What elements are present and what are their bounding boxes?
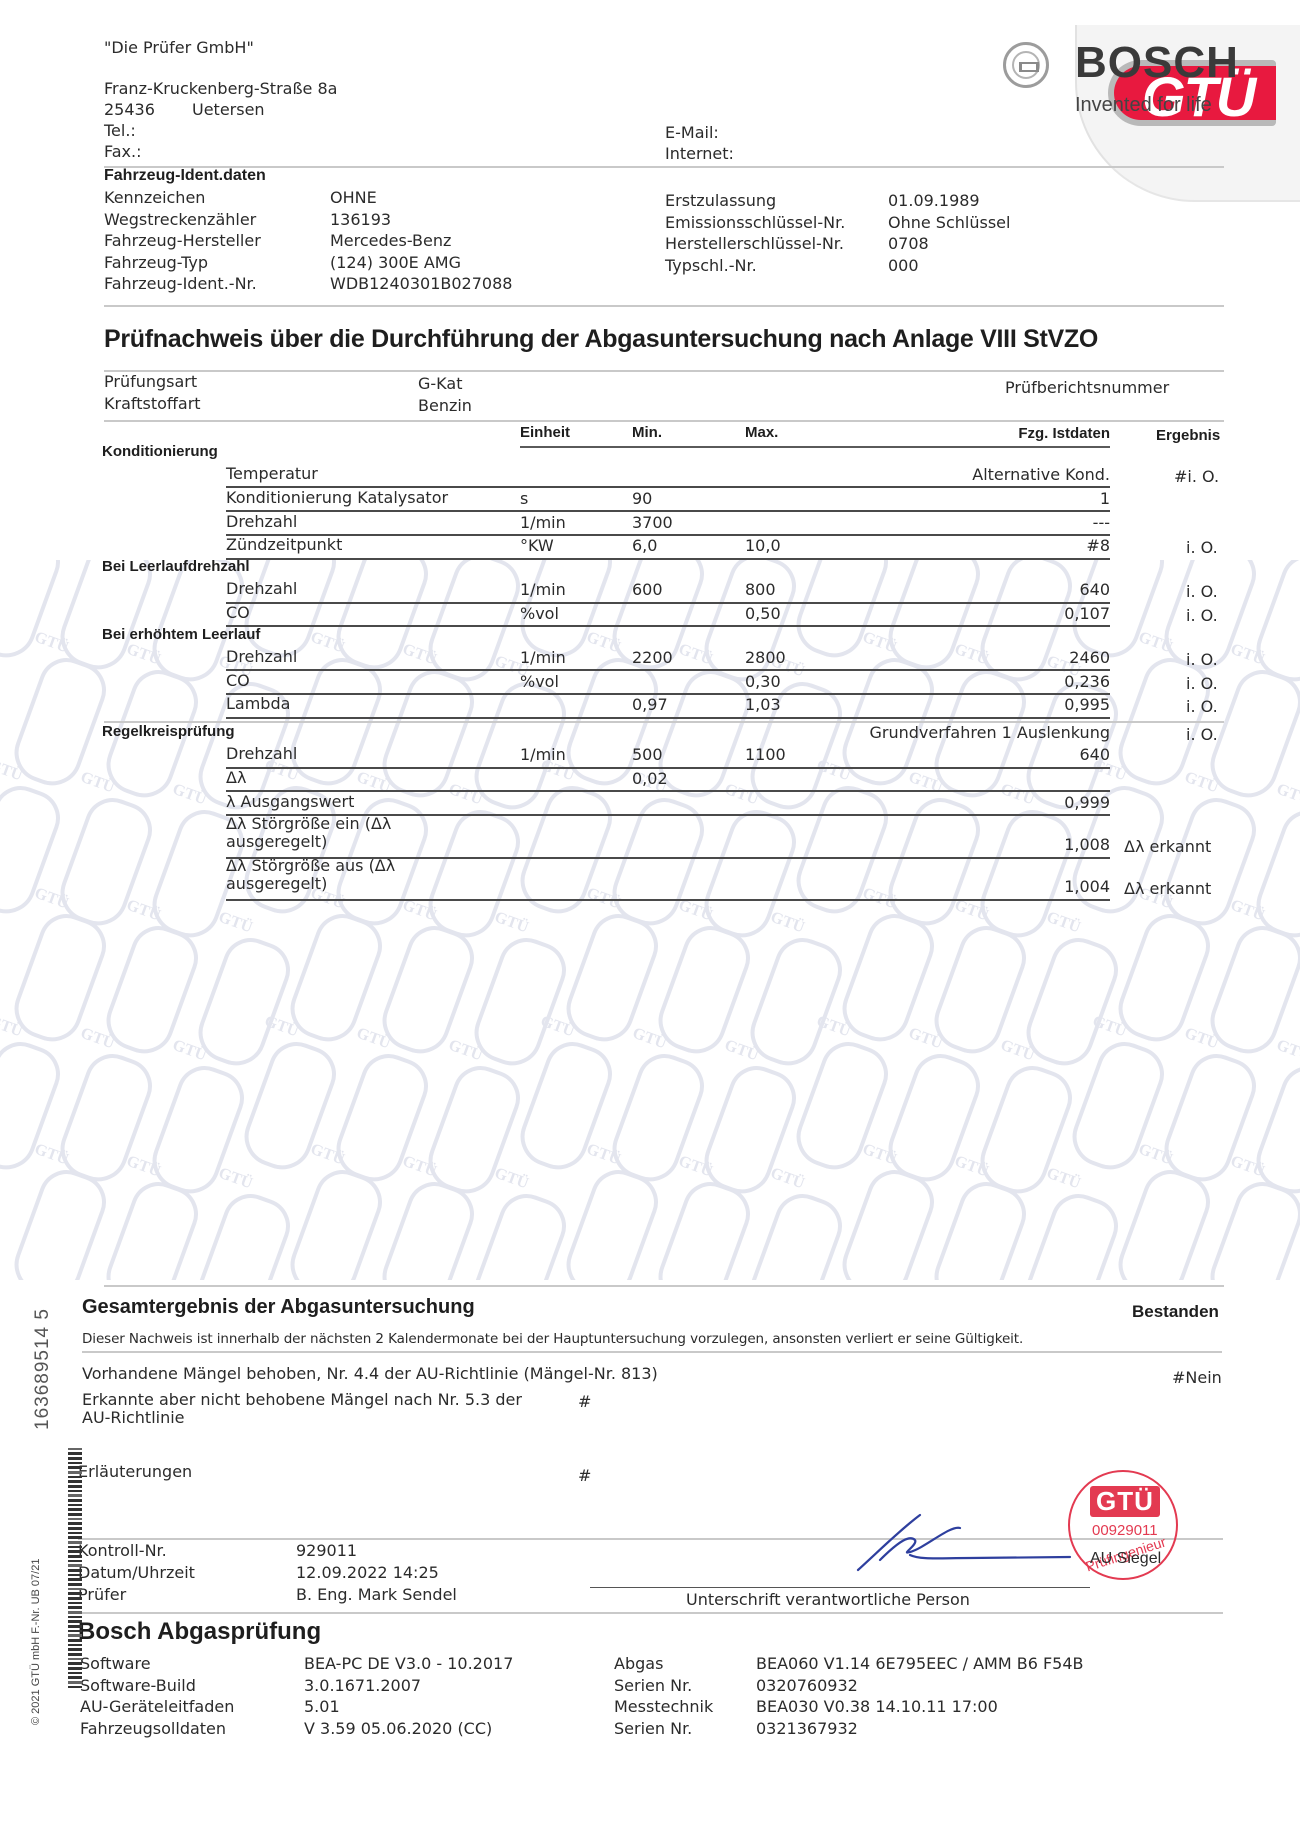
watermark-text: GTÜ: [538, 1013, 577, 1042]
divider: [104, 370, 1224, 372]
watermark-text: GTÜ: [124, 1153, 163, 1182]
watermark-shield-icon: [1156, 1046, 1264, 1190]
device-field-label: Abgas: [614, 1654, 663, 1673]
watermark-text: GTÜ: [1228, 641, 1267, 670]
watermark-shield-icon: [6, 650, 114, 794]
barcode-bar: [68, 1499, 82, 1502]
device-field-value: BEA060 V1.14 6E795EEC / AMM B6 F54B: [756, 1654, 1084, 1673]
barcode-bar: [68, 1555, 82, 1558]
row-result: Δλ erkannt: [1124, 837, 1211, 856]
watermark-text: GTÜ: [170, 781, 209, 810]
watermark-shield-icon: [650, 1174, 758, 1280]
row-max: 10,0: [745, 536, 781, 555]
row-label: CO: [226, 603, 250, 623]
barcode-bar: [68, 1667, 82, 1670]
barcode-bar: [68, 1639, 82, 1642]
barcode-bar: [68, 1630, 82, 1632]
section-result: i. O.: [1186, 725, 1218, 744]
header-underline: [520, 446, 1110, 448]
watermark-text: GTÜ: [998, 1037, 1037, 1066]
watermark-shield-icon: [926, 1174, 1034, 1280]
row-unit: 1/min: [520, 648, 566, 667]
watermark-shield-icon: [1248, 1058, 1300, 1202]
row-label: Konditionierung Katalysator: [226, 488, 448, 508]
watermark-text: GTÜ: [446, 1037, 485, 1066]
row-istdaten: #8: [900, 536, 1110, 555]
pruefer-label: Prüfer: [78, 1585, 126, 1604]
watermark-text: GTÜ: [32, 629, 71, 658]
barcode-bar: [68, 1476, 82, 1478]
row-min: 0,02: [632, 769, 668, 788]
row-label: Drehzahl: [226, 512, 297, 532]
watermark-shield-icon: [1110, 906, 1218, 1050]
barcode-bar: [68, 1686, 82, 1688]
defects-open-label: Erkannte aber nicht behobene Mängel nach…: [82, 1390, 522, 1409]
defects-fixed-value: #Nein: [1172, 1368, 1222, 1387]
company-city: Uetersen: [192, 100, 265, 119]
device-field-label: Software: [80, 1654, 151, 1673]
barcode-bar: [68, 1527, 82, 1530]
watermark-text: GTÜ: [262, 1013, 301, 1042]
watermark-text: GTÜ: [492, 1165, 531, 1194]
row-unit: 1/min: [520, 513, 566, 532]
row-istdaten: 0,999: [900, 793, 1110, 812]
vehicle-field-label: Wegstreckenzähler: [104, 210, 256, 229]
tel-label: Tel.:: [104, 121, 136, 140]
row-istdaten: ---: [900, 513, 1110, 532]
watermark-shield-icon: [52, 560, 160, 678]
barcode-bar: [68, 1578, 82, 1581]
barcode-bar: [68, 1658, 82, 1660]
device-field-label: Messtechnik: [614, 1697, 713, 1716]
section-title: Bei erhöhtem Leerlauf: [102, 626, 260, 643]
row-label: Drehzahl: [226, 744, 297, 764]
pruefberichtsnummer-label: Prüfberichtsnummer: [1005, 378, 1169, 397]
device-field-value: 0321367932: [756, 1719, 858, 1738]
watermark-text: GTÜ: [78, 1025, 117, 1054]
stamp-number: 00929011: [1092, 1522, 1158, 1539]
row-istdaten: 1: [900, 489, 1110, 508]
au-seal-label: AU Siegel: [1090, 1550, 1161, 1568]
device-field-value: 3.0.1671.2007: [304, 1676, 421, 1695]
watermark-text: GTÜ: [308, 1141, 347, 1170]
divider: [78, 1612, 1223, 1614]
watermark-shield-icon: [0, 560, 68, 666]
row-min: 0,97: [632, 695, 668, 714]
vertical-serial-number: 163689514 5: [32, 1308, 54, 1430]
datum-label: Datum/Uhrzeit: [78, 1563, 195, 1582]
watermark-text: GTÜ: [400, 897, 439, 926]
row-istdaten: 1,004: [900, 877, 1110, 896]
watermark-text: GTÜ: [78, 769, 117, 798]
notes-value: #: [578, 1466, 591, 1485]
barcode-bar: [68, 1569, 82, 1572]
barcode-bar: [68, 1616, 82, 1618]
fax-label: Fax.:: [104, 142, 141, 161]
watermark-text: GTÜ: [124, 641, 163, 670]
vehicle-field-value: OHNE: [330, 188, 377, 207]
watermark-shield-icon: [6, 1162, 114, 1280]
divider: [82, 1351, 1222, 1353]
watermark-text: GTÜ: [768, 909, 807, 938]
watermark-text: GTÜ: [124, 897, 163, 926]
barcode-bar: [68, 1625, 82, 1628]
watermark-shield-icon: [558, 906, 666, 1050]
barcode-bar: [68, 1494, 82, 1497]
barcode-bar: [68, 1597, 82, 1600]
vehicle-field-value: (124) 300E AMG: [330, 253, 461, 272]
row-label: Temperatur: [226, 464, 318, 484]
kraftstoffart-label: Kraftstoffart: [104, 394, 201, 413]
row-istdaten: 0,236: [900, 672, 1110, 691]
row-istdaten: 640: [900, 745, 1110, 764]
bosch-armature-icon: [1003, 42, 1049, 88]
row-istdaten: 0,995: [900, 695, 1110, 714]
barcode-bar: [68, 1522, 82, 1525]
watermark-text: GTÜ: [400, 1153, 439, 1182]
device-field-label: Serien Nr.: [614, 1719, 692, 1738]
watermark-shield-icon: [420, 1058, 528, 1202]
barcode-bar: [68, 1536, 82, 1539]
col-header-einheit: Einheit: [520, 424, 570, 441]
row-istdaten: 2460: [900, 648, 1110, 667]
watermark-shield-icon: [834, 906, 942, 1050]
vehicle-field-label: Erstzulassung: [665, 191, 776, 210]
watermark-shield-icon: [190, 1186, 298, 1280]
watermark-text: GTÜ: [1136, 629, 1175, 658]
signature-caption: Unterschrift verantwortliche Person: [686, 1590, 970, 1609]
summary-result: Bestanden: [1132, 1302, 1219, 1322]
watermark-shield-icon: [834, 1162, 942, 1280]
row-istdaten: 0,107: [900, 604, 1110, 623]
row-istdaten: Alternative Kond.: [900, 465, 1110, 484]
watermark-shield-icon: [558, 1162, 666, 1280]
watermark-shield-icon: [1018, 1186, 1126, 1280]
watermark-shield-icon: [328, 1046, 436, 1190]
watermark-shield-icon: [512, 1034, 620, 1178]
vehicle-field-label: Fahrzeug-Hersteller: [104, 231, 261, 250]
signature-scribble: [840, 1510, 1080, 1580]
watermark-shield-icon: [374, 1174, 482, 1280]
row-istdaten: 640: [900, 580, 1110, 599]
company-name: "Die Prüfer GmbH": [104, 38, 254, 57]
row-result: i. O.: [1186, 606, 1218, 625]
table-row: [226, 767, 1110, 792]
vehicle-field-label: Herstellerschlüssel-Nr.: [665, 234, 844, 253]
watermark-shield-icon: [972, 1058, 1080, 1202]
barcode-bar: [68, 1518, 82, 1520]
barcode-bar: [68, 1634, 82, 1637]
watermark-text: GTÜ: [584, 1141, 623, 1170]
vehicle-field-label: Kennzeichen: [104, 188, 205, 207]
defects-open-value: #: [578, 1392, 591, 1411]
watermark-shield-icon: [1156, 790, 1264, 934]
device-field-value: BEA-PC DE V3.0 - 10.2017: [304, 1654, 513, 1673]
watermark-text: GTÜ: [676, 1153, 715, 1182]
barcode-bar: [68, 1681, 82, 1684]
watermark-shield-icon: [236, 1034, 344, 1178]
device-field-label: Software-Build: [80, 1676, 196, 1695]
barcode-bar: [68, 1462, 82, 1464]
watermark-text: GTÜ: [630, 1025, 669, 1054]
watermark-shield-icon: [604, 1046, 712, 1190]
row-result: i. O.: [1186, 650, 1218, 669]
barcode-bar: [68, 1504, 82, 1506]
defects-fixed-label: Vorhandene Mängel behoben, Nr. 4.4 der A…: [82, 1364, 658, 1383]
row-label: Zündzeitpunkt: [226, 535, 342, 555]
vehicle-field-label: Emissionsschlüssel-Nr.: [665, 213, 845, 232]
watermark-shield-icon: [374, 918, 482, 1062]
copyright-notice: © 2021 GTÜ mbH F.-Nr. UB 07/21: [30, 1559, 42, 1725]
watermark-text: GTÜ: [676, 897, 715, 926]
watermark-shield-icon: [144, 1058, 252, 1202]
watermark-shield-icon: [788, 1034, 896, 1178]
row-unit: s: [520, 489, 528, 508]
device-section-title: Bosch Abgasprüfung: [78, 1618, 321, 1646]
row-min: 6,0: [632, 536, 657, 555]
watermark-shield-icon: [466, 930, 574, 1074]
watermark-text: GTÜ: [170, 1037, 209, 1066]
barcode-bar: [68, 1620, 82, 1623]
divider: [104, 420, 1224, 422]
row-min: 500: [632, 745, 663, 764]
watermark-shield-icon: [1248, 802, 1300, 946]
divider: [104, 166, 1224, 168]
watermark-shield-icon: [52, 790, 160, 934]
row-result: #i. O.: [1174, 467, 1219, 486]
device-field-value: 0320760932: [756, 1676, 858, 1695]
device-field-value: 5.01: [304, 1697, 340, 1716]
row-label: λ Ausgangswert: [226, 792, 354, 812]
watermark-text: GTÜ: [216, 909, 255, 938]
row-unit: %vol: [520, 604, 559, 623]
barcode-bar: [68, 1550, 82, 1553]
barcode-bar: [68, 1480, 82, 1483]
col-header-min: Min.: [632, 424, 662, 441]
barcode-bar: [68, 1653, 82, 1656]
barcode-bar: [68, 1471, 82, 1474]
internet-label: Internet:: [665, 144, 734, 163]
row-label: Drehzahl: [226, 647, 297, 667]
vehicle-field-value: 01.09.1989: [888, 191, 980, 210]
row-label: Δλ Störgröße ein (Δλ ausgeregelt): [226, 815, 391, 851]
watermark-shield-icon: [190, 930, 298, 1074]
row-label: Δλ Störgröße aus (Δλ ausgeregelt): [226, 857, 395, 893]
watermark-text: GTÜ: [1090, 1013, 1129, 1042]
barcode-bar: [68, 1513, 82, 1516]
vehicle-field-label: Fahrzeug-Typ: [104, 253, 208, 272]
company-zip: 25436: [104, 100, 155, 119]
watermark-shield-icon: [98, 918, 206, 1062]
kontroll-nr-value: 929011: [296, 1541, 357, 1560]
divider: [104, 305, 1224, 307]
barcode-bar: [68, 1466, 82, 1469]
section-method: Grundverfahren 1 Auslenkung: [760, 723, 1110, 742]
row-result: Δλ erkannt: [1124, 879, 1211, 898]
barcode-bar: [68, 1448, 82, 1450]
watermark-text: GTÜ: [32, 885, 71, 914]
notes-label: Erläuterungen: [78, 1462, 192, 1481]
barcode-bar: [68, 1592, 82, 1595]
pruefungsart-value: G-Kat: [418, 374, 462, 393]
barcode-bar: [68, 1574, 82, 1576]
watermark-shield-icon: [1294, 930, 1300, 1074]
kontroll-nr-label: Kontroll-Nr.: [78, 1541, 167, 1560]
watermark-shield-icon: [1018, 930, 1126, 1074]
row-max: 800: [745, 580, 776, 599]
watermark-text: GTÜ: [814, 1013, 853, 1042]
watermark-shield-icon: [6, 906, 114, 1050]
bosch-brand: BOSCH: [1075, 38, 1239, 88]
barcode-bar: [68, 1648, 82, 1651]
watermark-text: GTÜ: [0, 1013, 25, 1042]
watermark-shield-icon: [98, 1174, 206, 1280]
watermark-shield-icon: [282, 1162, 390, 1280]
watermark-text: GTÜ: [1274, 1037, 1300, 1066]
row-max: 2800: [745, 648, 786, 667]
report-title: Prüfnachweis über die Durchführung der A…: [104, 325, 1098, 354]
barcode-bar: [68, 1672, 82, 1674]
watermark-text: GTÜ: [952, 897, 991, 926]
vehicle-field-label: Typschl.-Nr.: [665, 256, 757, 275]
vehicle-field-value: Ohne Schlüssel: [888, 213, 1010, 232]
row-result: i. O.: [1186, 582, 1218, 601]
watermark-text: GTÜ: [1228, 1153, 1267, 1182]
row-unit: 1/min: [520, 580, 566, 599]
watermark-text: GTÜ: [860, 1141, 899, 1170]
barcode-bar: [68, 1457, 82, 1460]
watermark-shield-icon: [696, 1058, 804, 1202]
row-unit: °KW: [520, 536, 554, 555]
vehicle-section-title: Fahrzeug-Ident.daten: [104, 167, 266, 185]
validity-notice: Dieser Nachweis ist innerhalb der nächst…: [82, 1331, 1023, 1347]
barcode-bar: [68, 1452, 82, 1455]
row-label: Drehzahl: [226, 579, 297, 599]
margin-barcode: [68, 1448, 82, 1690]
col-header-ergebnis: Ergebnis: [1156, 427, 1220, 444]
device-field-value: BEA030 V0.38 14.10.11 17:00: [756, 1697, 998, 1716]
watermark-text: GTÜ: [1228, 897, 1267, 926]
section-title: Bei Leerlaufdrehzahl: [102, 558, 250, 575]
watermark-shield-icon: [0, 1034, 68, 1178]
watermark-text: GTÜ: [1182, 1025, 1221, 1054]
watermark-shield-icon: [282, 906, 390, 1050]
watermark-text: GTÜ: [32, 1141, 71, 1170]
device-field-value: V 3.59 05.06.2020 (CC): [304, 1719, 492, 1738]
watermark-shield-icon: [466, 1186, 574, 1280]
company-street: Franz-Kruckenberg-Straße 8a: [104, 79, 337, 98]
watermark-shield-icon: [1294, 1186, 1300, 1280]
device-field-label: Fahrzeugsolldaten: [80, 1719, 226, 1738]
section-title: Konditionierung: [102, 443, 218, 460]
watermark-shield-icon: [926, 918, 1034, 1062]
row-min: 600: [632, 580, 663, 599]
watermark-text: GTÜ: [492, 909, 531, 938]
watermark-text: GTÜ: [952, 1153, 991, 1182]
watermark-shield-icon: [880, 1046, 988, 1190]
watermark-shield-icon: [742, 930, 850, 1074]
barcode-bar: [68, 1560, 82, 1562]
row-min: 3700: [632, 513, 673, 532]
watermark-shield-icon: [1110, 1162, 1218, 1280]
watermark-shield-icon: [650, 918, 758, 1062]
barcode-bar: [68, 1602, 82, 1604]
stamp-brand: GTÜ: [1090, 1486, 1160, 1517]
watermark-text: GTÜ: [1182, 769, 1221, 798]
col-header-max: Max.: [745, 424, 778, 441]
bosch-tagline: Invented for life: [1075, 94, 1212, 117]
barcode-bar: [68, 1546, 82, 1548]
watermark-text: GTÜ: [768, 1165, 807, 1194]
barcode-bar: [68, 1662, 82, 1665]
datum-value: 12.09.2022 14:25: [296, 1563, 439, 1582]
vehicle-field-value: 0708: [888, 234, 929, 253]
watermark-text: GTÜ: [0, 757, 25, 786]
device-field-label: Serien Nr.: [614, 1676, 692, 1695]
summary-title: Gesamtergebnis der Abgasuntersuchung: [82, 1296, 475, 1319]
pruefer-value: B. Eng. Mark Sendel: [296, 1585, 457, 1604]
watermark-text: GTÜ: [1274, 781, 1300, 810]
watermark-text: GTÜ: [906, 1025, 945, 1054]
barcode-bar: [68, 1583, 82, 1586]
barcode-bar: [68, 1485, 82, 1488]
row-min: 90: [632, 489, 652, 508]
watermark-shield-icon: [1248, 560, 1300, 690]
barcode-bar: [68, 1564, 82, 1567]
section-title: Regelkreisprüfung: [102, 723, 235, 740]
kraftstoffart-value: Benzin: [418, 396, 472, 415]
row-label: Lambda: [226, 694, 290, 714]
row-istdaten: 1,008: [900, 835, 1110, 854]
watermark-text: GTÜ: [1044, 909, 1083, 938]
vehicle-field-label: Fahrzeug-Ident.-Nr.: [104, 274, 257, 293]
barcode-bar: [68, 1606, 82, 1609]
watermark-text: GTÜ: [722, 1037, 761, 1066]
divider: [104, 1285, 1224, 1287]
vehicle-field-value: 000: [888, 256, 919, 275]
watermark-shield-icon: [1064, 1034, 1172, 1178]
watermark-text: GTÜ: [354, 1025, 393, 1054]
watermark-shield-icon: [0, 778, 68, 922]
watermark-shield-icon: [52, 1046, 160, 1190]
pruefungsart-label: Prüfungsart: [104, 372, 197, 391]
row-min: 2200: [632, 648, 673, 667]
barcode-bar: [68, 1541, 82, 1544]
row-label: CO: [226, 671, 250, 691]
barcode-bar: [68, 1611, 82, 1614]
signature-line: [590, 1587, 1090, 1588]
watermark-shield-icon: [1202, 918, 1300, 1062]
row-unit: 1/min: [520, 745, 566, 764]
vehicle-field-value: 136193: [330, 210, 391, 229]
row-result: i. O.: [1186, 674, 1218, 693]
barcode-bar: [68, 1676, 82, 1679]
row-max: 0,50: [745, 604, 781, 623]
barcode-bar: [68, 1644, 82, 1646]
device-field-label: AU-Geräteleitfaden: [80, 1697, 234, 1716]
defects-open-label-cont: AU-Richtlinie: [82, 1408, 185, 1427]
watermark-text: GTÜ: [1136, 1141, 1175, 1170]
watermark-text: GTÜ: [1044, 1165, 1083, 1194]
col-header-istdaten: Fzg. Istdaten: [950, 425, 1110, 442]
row-max: 0,30: [745, 672, 781, 691]
watermark-shield-icon: [742, 1186, 850, 1280]
row-max: 1,03: [745, 695, 781, 714]
watermark-shield-icon: [1202, 1174, 1300, 1280]
barcode-bar: [68, 1588, 82, 1590]
watermark-shield-icon: [1294, 674, 1300, 818]
row-max: 1100: [745, 745, 786, 764]
